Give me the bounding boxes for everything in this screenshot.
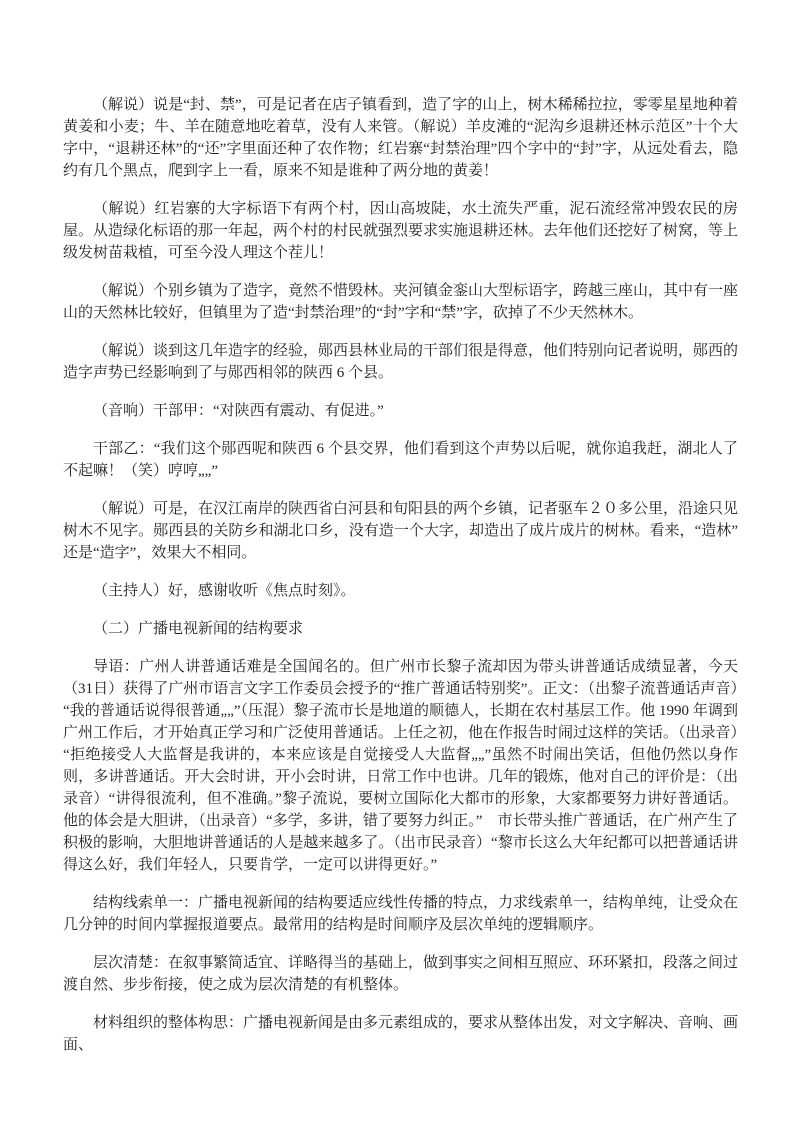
paragraph: （解说）红岩寨的大字标语下有两个村，因山高坡陡，水土流失严重，泥石流经常冲毁农民… bbox=[63, 198, 738, 264]
paragraph: 层次清楚：在叙事繁简适宜、详略得当的基础上，做到事实之间相互照应、环环紧扣，段落… bbox=[63, 952, 738, 996]
document-page: （解说）说是“封、禁”，可是记者在店子镇看到，造了字的山上，树木稀稀拉拉，零零星… bbox=[0, 0, 800, 1132]
paragraph: 结构线索单一：广播电视新闻的结构要适应线性传播的特点，力求线索单一，结构单纯，让… bbox=[63, 892, 738, 936]
paragraph: 干部乙：“我们这个郧西呢和陕西 6 个县交界，他们看到这个声势以后呢，就你追我赶… bbox=[63, 438, 738, 482]
paragraph: （主持人）好，感谢收听《焦点时刻》。 bbox=[63, 580, 738, 602]
paragraph: 材料组织的整体构思：广播电视新闻是由多元素组成的，要求从整体出发，对文字解决、音… bbox=[63, 1012, 738, 1056]
paragraph: （音响）干部甲：“对陕西有震动、有促进。” bbox=[63, 400, 738, 422]
section-heading: （二）广播电视新闻的结构要求 bbox=[63, 618, 738, 640]
paragraph: 导语：广州人讲普通话难是全国闻名的。但广州市长黎子流却因为带头讲普通话成绩显著，… bbox=[63, 656, 738, 876]
paragraph: （解说）说是“封、禁”，可是记者在店子镇看到，造了字的山上，树木稀稀拉拉，零零星… bbox=[63, 94, 738, 182]
paragraph: （解说）个别乡镇为了造字，竟然不惜毁林。夹河镇金銮山大型标语字，跨越三座山，其中… bbox=[63, 280, 738, 324]
paragraph: （解说）谈到这几年造字的经验，郧西县林业局的干部们很是得意，他们特别向记者说明，… bbox=[63, 340, 738, 384]
paragraph: （解说）可是，在汉江南岸的陕西省白河县和旬阳县的两个乡镇，记者驱车２０多公里，沿… bbox=[63, 498, 738, 564]
